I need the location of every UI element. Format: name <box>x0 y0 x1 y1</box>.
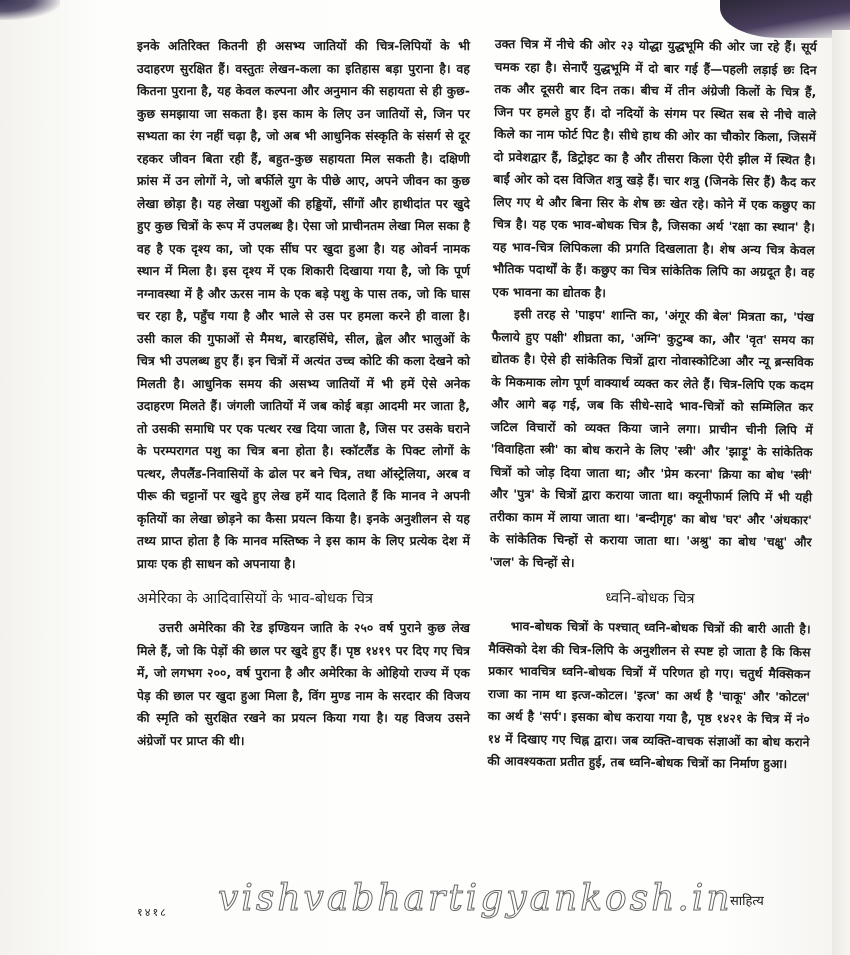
section-heading-phonetic-pictures: ध्वनि-बोधक चित्र <box>489 585 811 612</box>
section-name: साहित्य <box>730 891 764 909</box>
right-column: उक्त चित्र में नीचे की ओर २३ योद्धा युद्… <box>487 33 817 776</box>
page-edge <box>832 30 850 955</box>
page-number: १४१८ <box>137 905 168 920</box>
book-page: इनके अतिरिक्त कितनी ही असभ्य जातियों की … <box>0 0 850 955</box>
left-body-paragraph: इनके अतिरिक्त कितनी ही असभ्य जातियों की … <box>137 35 470 575</box>
right-body-paragraph: उक्त चित्र में नीचे की ओर २३ योद्धा युद्… <box>492 33 817 306</box>
left-column: इनके अतिरिक्त कितनी ही असभ्य जातियों की … <box>137 35 470 752</box>
book-cover-edge <box>720 0 850 38</box>
right-body-paragraph-3: भाव-बोधक चित्रों के पश्चात् ध्वनि-बोधक च… <box>487 615 811 776</box>
left-body-paragraph-2: उत्तरी अमेरिका की रेड इण्डियन जाति के २५… <box>137 617 470 752</box>
page-corner-shadow <box>0 0 60 20</box>
watermark: vishvabhartigyankosh.in <box>218 878 733 919</box>
right-body-paragraph-2: इसी तरह से 'पाइप' शान्ति का, 'अंगूर की ब… <box>489 303 814 576</box>
section-heading-american-ideograms: अमेरिका के आदिवासियों के भाव-बोधक चित्र <box>137 587 470 611</box>
